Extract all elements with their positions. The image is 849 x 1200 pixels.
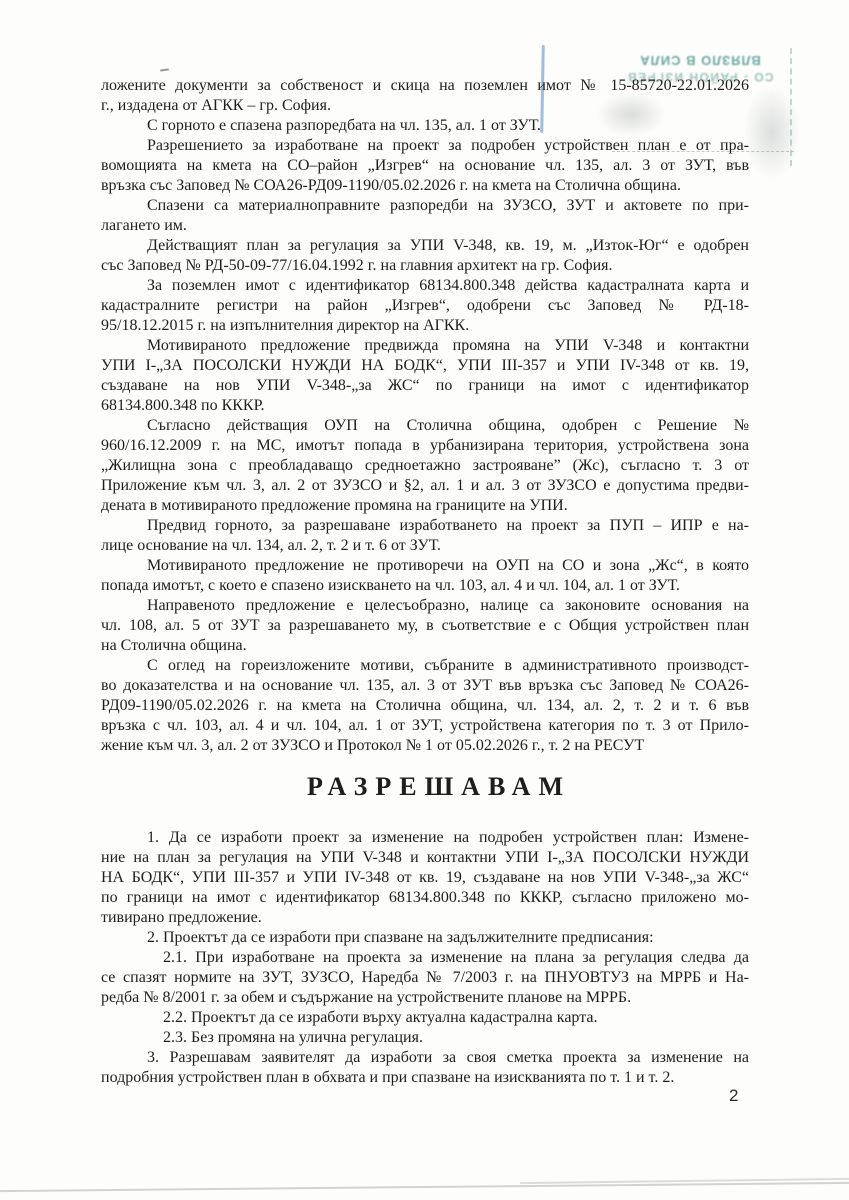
text-line: вомощията на кмета на СО–район „Изгрев“ … bbox=[101, 156, 749, 176]
text-line: кадастралните регистри на район „Изгрев“… bbox=[101, 296, 749, 316]
text-line: во доказателства и на основание чл. 135,… bbox=[101, 676, 749, 696]
text-line: ложените документи за собственост и скиц… bbox=[101, 76, 749, 96]
text-line: 68134.800.348 по КККР. bbox=[101, 396, 749, 416]
text-line: Направеното предложение е целесъобразно,… bbox=[101, 596, 749, 616]
paragraph: Предвид горното, за разрешаване изработв… bbox=[101, 516, 749, 556]
paragraph: Мотивираното предложение не противоречи … bbox=[101, 556, 749, 596]
paragraph: 2.2. Проектът да се изработи върху актуа… bbox=[101, 1008, 749, 1028]
text-line: 2.1. При изработване на проекта за измен… bbox=[101, 948, 749, 968]
page-number: 2 bbox=[729, 1086, 738, 1106]
text-line: чл. 108, ал. 5 от ЗУТ за разрешаването м… bbox=[101, 616, 749, 636]
text-line: лице основание на чл. 134, ал. 2, т. 2 и… bbox=[101, 536, 749, 556]
text-line: дената в мотивираното предложение промян… bbox=[101, 496, 749, 516]
decision-heading: РАЗРЕШАВАМ bbox=[101, 772, 749, 802]
text-line: 1. Да се изработи проект за изменение на… bbox=[101, 828, 749, 848]
paragraph: Разрешението за изработване на проект за… bbox=[101, 136, 749, 196]
scan-edge-line bbox=[0, 1182, 849, 1192]
text-line: ние на план за регулация на УПИ V-348 и … bbox=[101, 848, 749, 868]
text-line: С оглед на гореизложените мотиви, събран… bbox=[101, 656, 749, 676]
text-line: връзка с чл. 103, ал. 4 и чл. 104, ал. 1… bbox=[101, 716, 749, 736]
text-line: редба № 8/2001 г. за обем и съдържание н… bbox=[101, 988, 749, 1008]
paragraph: Направеното предложение е целесъобразно,… bbox=[101, 596, 749, 656]
text-line: Мотивираното предложение предвижда промя… bbox=[101, 336, 749, 356]
paragraph: 2. Проектът да се изработи при спазване … bbox=[101, 928, 749, 948]
text-line: се спазят нормите на ЗУТ, ЗУЗСО, Наредба… bbox=[101, 968, 749, 988]
paragraph: 2.1. При изработване на проекта за измен… bbox=[101, 948, 749, 1008]
preamble: ложените документи за собственост и скиц… bbox=[101, 76, 749, 756]
text-line: тивирано предложение. bbox=[101, 908, 749, 928]
text-line: г., издадена от АГКК – гр. София. bbox=[101, 96, 749, 116]
paragraph: За поземлен имот с идентификатор 68134.8… bbox=[101, 276, 749, 336]
text-line: създаване на нов УПИ V-348-„за ЖС“ по гр… bbox=[101, 376, 749, 396]
decision: 1. Да се изработи проект за изменение на… bbox=[101, 828, 749, 1088]
text-line: НА БОДК“, УПИ III-357 и УПИ IV-348 от кв… bbox=[101, 868, 749, 888]
text-line: Съгласно действащия ОУП на Столична общи… bbox=[101, 416, 749, 436]
text-line: Мотивираното предложение не противоречи … bbox=[101, 556, 749, 576]
text-line: РД09-1190/05.02.2026 г. на кмета на Стол… bbox=[101, 696, 749, 716]
paragraph: Действащият план за регулация за УПИ V-3… bbox=[101, 236, 749, 276]
paragraph: Съгласно действащия ОУП на Столична общи… bbox=[101, 416, 749, 516]
text-line: лагането им. bbox=[101, 216, 749, 236]
text-line: със Заповед № РД-50-09-77/16.04.1992 г. … bbox=[101, 256, 749, 276]
text-line: попада имотът, с което е спазено изисква… bbox=[101, 576, 749, 596]
scan-smudge bbox=[743, 85, 801, 180]
text-line: Действащият план за регулация за УПИ V-3… bbox=[101, 236, 749, 256]
text-line: „Жилищна зона с преобладаващо средноетаж… bbox=[101, 456, 749, 476]
text-line: Приложение към чл. 3, ал. 2 от ЗУЗСО и §… bbox=[101, 476, 749, 496]
text-line: на Столична община. bbox=[101, 636, 749, 656]
text-line: 2.3. Без промяна на улична регулация. bbox=[101, 1028, 749, 1048]
text-line: жение към чл. 3, ал. 2 от ЗУЗСО и Проток… bbox=[101, 736, 749, 756]
paragraph: 1. Да се изработи проект за изменение на… bbox=[101, 828, 749, 928]
text-line: 3. Разрешавам заявителят да изработи за … bbox=[101, 1048, 749, 1068]
text-line: Предвид горното, за разрешаване изработв… bbox=[101, 516, 749, 536]
text-line: Разрешението за изработване на проект за… bbox=[101, 136, 749, 156]
paragraph: Спазени са материалноправните разпоредби… bbox=[101, 196, 749, 236]
paragraph: С оглед на гореизложените мотиви, събран… bbox=[101, 656, 749, 756]
paragraph: ложените документи за собственост и скиц… bbox=[101, 76, 749, 116]
text-line: УПИ I-„ЗА ПОСОЛСКИ НУЖДИ НА БОДК“, УПИ I… bbox=[101, 356, 749, 376]
scan-speck bbox=[160, 68, 169, 71]
document-content: ложените документи за собственост и скиц… bbox=[101, 76, 749, 1088]
text-line: 2. Проектът да се изработи при спазване … bbox=[101, 928, 749, 948]
text-line: 95/18.12.2015 г. на изпълнителния директ… bbox=[101, 316, 749, 336]
text-line: С горното е спазена разпоредбата на чл. … bbox=[101, 116, 749, 136]
paragraph: 2.3. Без промяна на улична регулация. bbox=[101, 1028, 749, 1048]
stamp-line-2: ВЛЯЗЛО В СИЛА bbox=[598, 53, 802, 68]
text-line: 2.2. Проектът да се изработи върху актуа… bbox=[101, 1008, 749, 1028]
text-line: 960/16.12.2009 г. на МС, имотът попада в… bbox=[101, 436, 749, 456]
text-line: връзка със Заповед № СОА26-РД09-1190/05.… bbox=[101, 176, 749, 196]
text-line: подробния устройствен план в обхвата и п… bbox=[101, 1068, 749, 1088]
paragraph: 3. Разрешавам заявителят да изработи за … bbox=[101, 1048, 749, 1088]
paragraph: С горното е спазена разпоредбата на чл. … bbox=[101, 116, 749, 136]
document-page: СО - РАЙОН ИЗГРЕВ ВЛЯЗЛО В СИЛА ложените… bbox=[0, 0, 849, 1200]
text-line: по граници на имот с идентификатор 68134… bbox=[101, 888, 749, 908]
text-line: Спазени са материалноправните разпоредби… bbox=[101, 196, 749, 216]
text-line: За поземлен имот с идентификатор 68134.8… bbox=[101, 276, 749, 296]
paragraph: Мотивираното предложение предвижда промя… bbox=[101, 336, 749, 416]
